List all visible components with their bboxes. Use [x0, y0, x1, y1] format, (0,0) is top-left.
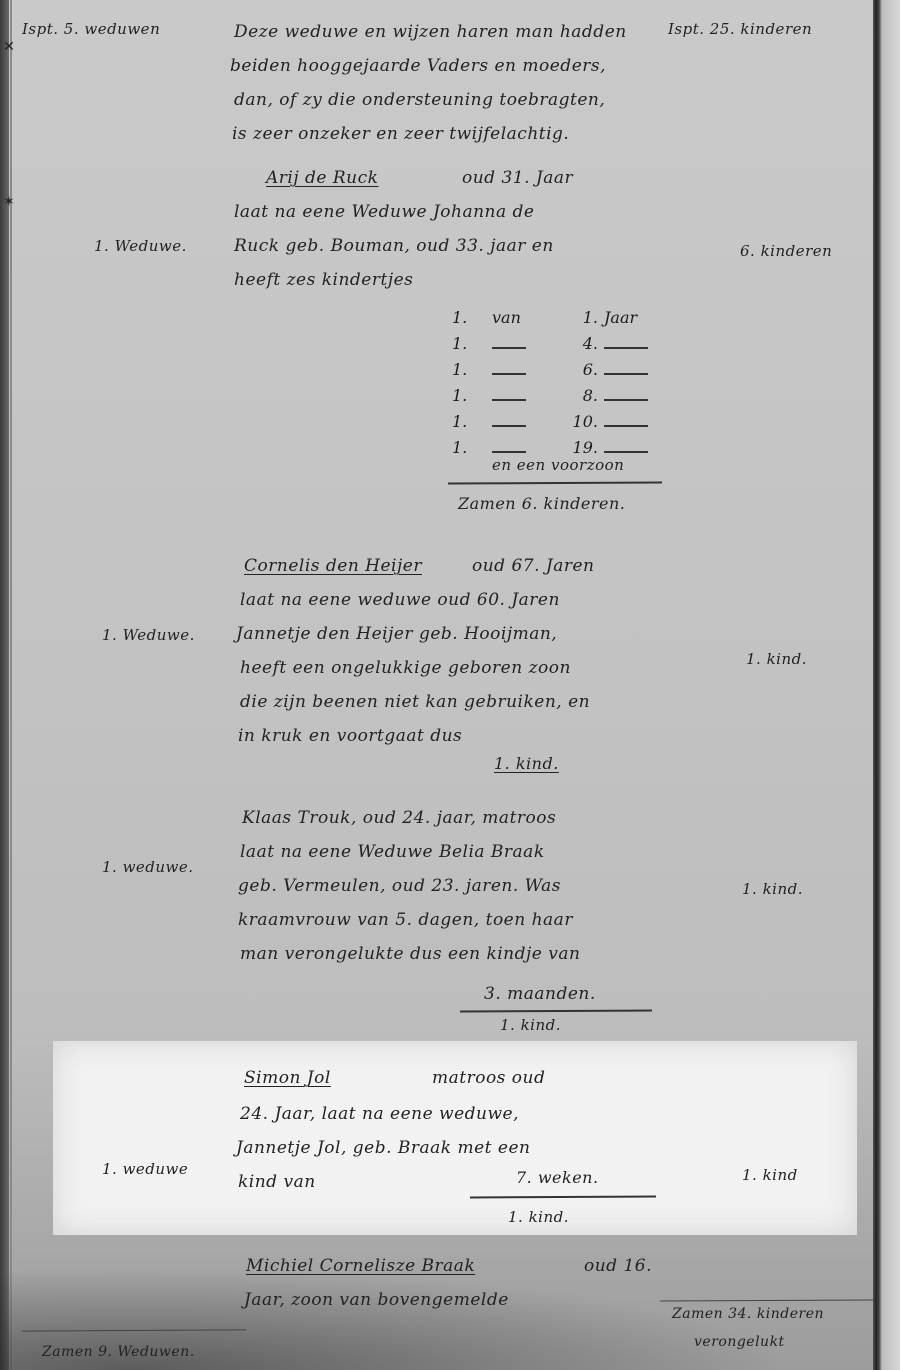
entry-subtotal: 7. weken.	[516, 1168, 599, 1187]
ditto-mark	[604, 425, 648, 427]
entry-total: 1. kind.	[500, 1016, 561, 1034]
entry-line: geb. Vermeulen, oud 23. jaren. Was	[238, 876, 561, 896]
entry-name: Michiel Cornelisze Braak	[246, 1256, 475, 1276]
ditto-mark	[604, 347, 648, 349]
entry-line: 24. Jaar, laat na eene weduwe,	[240, 1104, 519, 1124]
entry-line: laat na eene Weduwe Belia Braak	[240, 842, 545, 862]
entry-right-margin-note: 6. kinderen	[740, 242, 832, 260]
ditto-mark	[604, 373, 648, 375]
entry-right-margin-note: 1. kind.	[742, 880, 803, 898]
entry-line: matroos oud	[432, 1068, 545, 1088]
entry-line: kraamvrouw van 5. dagen, toen haar	[238, 910, 573, 930]
entry-subtotal: 3. maanden.	[484, 984, 596, 1004]
ditto-mark	[492, 425, 526, 427]
age-row: 1. 4.	[452, 330, 664, 356]
entry-name: Cornelis den Heijer	[244, 556, 422, 576]
ditto-mark	[492, 451, 526, 453]
sum-rule	[448, 481, 662, 484]
entry-line: laat na eene weduwe oud 60. Jaren	[240, 590, 560, 610]
entry-left-margin-note: 1. Weduwe.	[102, 626, 195, 644]
entry-line: Jannetje den Heijer geb. Hooijman,	[236, 624, 557, 644]
ditto-mark	[492, 373, 526, 375]
header-right-margin-note: Ispt. 25. kinderen	[668, 20, 812, 38]
age-row: 1. 10.	[452, 408, 664, 434]
footer-right-total: Zamen 34. kinderen	[672, 1306, 824, 1322]
entry-line: laat na eene Weduwe Johanna de	[234, 202, 534, 222]
binding-stitch-icon: ✕	[2, 40, 16, 54]
entry-left-margin-note: 1. weduwe.	[102, 858, 194, 876]
footer-right-total-note: verongelukt	[694, 1334, 785, 1350]
children-age-table: 1. van 1. Jaar 1. 4. 1. 6. 1. 8. 1. 10.	[452, 304, 664, 460]
entry-name: Arij de Ruck	[266, 168, 378, 188]
ditto-mark	[492, 399, 526, 401]
header-left-margin-note: Ispt. 5. weduwen	[22, 20, 160, 38]
intro-line: is zeer onzeker en zeer twijfelachtig.	[232, 124, 569, 144]
intro-line: dan, of zy die ondersteuning toebragten,	[234, 90, 605, 110]
children-total: Zamen 6. kinderen.	[458, 494, 625, 513]
ditto-mark	[604, 399, 648, 401]
sum-rule	[460, 1009, 652, 1012]
footer-left-total: Zamen 9. Weduwen.	[42, 1344, 195, 1360]
entry-total: 1. kind.	[494, 754, 559, 773]
ditto-mark	[604, 451, 648, 453]
intro-line: Deze weduwe en wijzen haren man hadden	[234, 22, 627, 42]
entry-name: Simon Jol	[244, 1068, 331, 1088]
entry-line: kind van	[238, 1172, 316, 1192]
entry-right-margin-note: 1. kind.	[746, 650, 807, 668]
page-right-edge	[873, 0, 900, 1370]
entry-right-margin-note: 1. kind	[742, 1166, 798, 1184]
children-table-note: en een voorzoon	[492, 456, 624, 474]
entry-left-margin-note: 1. weduwe	[102, 1160, 188, 1178]
entry-line: Jannetje Jol, geb. Braak met een	[236, 1138, 530, 1158]
entry-line: Jaar, zoon van bovengemelde	[244, 1290, 509, 1310]
entry-line: heeft zes kindertjes	[234, 270, 413, 290]
intro-line: beiden hooggejaarde Vaders en moeders,	[230, 56, 606, 76]
entry-line: Ruck geb. Bouman, oud 33. jaar en	[234, 236, 554, 256]
entry-line: heeft een ongelukkige geboren zoon	[240, 658, 571, 678]
entry-line: oud 67. Jaren	[472, 556, 595, 576]
manuscript-page: ✕ ✶ Ispt. 5. weduwen Ispt. 25. kinderen …	[0, 0, 900, 1370]
entry-left-margin-note: 1. Weduwe.	[94, 237, 187, 255]
entry-line: man verongelukte dus een kindje van	[240, 944, 580, 964]
age-row: 1. 8.	[452, 382, 664, 408]
entry-line: oud 31. Jaar	[462, 168, 573, 188]
entry-total: 1. kind.	[508, 1208, 569, 1226]
binding-stitch-icon: ✶	[2, 195, 16, 209]
age-row: 1. 6.	[452, 356, 664, 382]
entry-line: Klaas Trouk, oud 24. jaar, matroos	[242, 808, 556, 828]
entry-line: oud 16.	[584, 1256, 652, 1276]
entry-line: die zijn beenen niet kan gebruiken, en	[240, 692, 590, 712]
entry-line: in kruk en voortgaat dus	[238, 726, 462, 746]
age-row: 1. van 1. Jaar	[452, 304, 664, 330]
ditto-mark	[492, 347, 526, 349]
